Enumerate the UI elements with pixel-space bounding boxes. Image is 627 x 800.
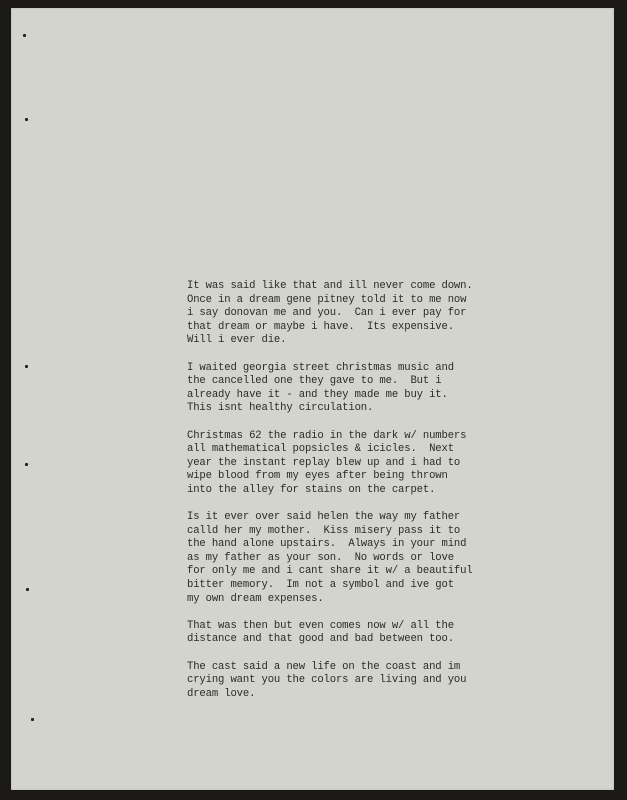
- stanza-6: The cast said a new life on the coast an…: [187, 661, 487, 702]
- text-line: my own dream expenses.: [187, 593, 487, 607]
- text-line: Christmas 62 the radio in the dark w/ nu…: [187, 430, 487, 444]
- page-mark: [25, 463, 28, 466]
- poem-text: It was said like that and ill never come…: [187, 280, 487, 715]
- stanza-3: Christmas 62 the radio in the dark w/ nu…: [187, 430, 487, 498]
- page-mark: [25, 365, 28, 368]
- text-line: crying want you the colors are living an…: [187, 674, 487, 688]
- stanza-5: That was then but even comes now w/ all …: [187, 620, 487, 647]
- text-line: dream love.: [187, 688, 487, 702]
- page-mark: [26, 588, 29, 591]
- page-mark: [31, 718, 34, 721]
- text-line: that dream or maybe i have. Its expensiv…: [187, 321, 487, 335]
- page-mark: [25, 118, 28, 121]
- text-line: calld her my mother. Kiss misery pass it…: [187, 525, 487, 539]
- text-line: I waited georgia street christmas music …: [187, 362, 487, 376]
- stanza-1: It was said like that and ill never come…: [187, 280, 487, 348]
- text-line: distance and that good and bad between t…: [187, 633, 487, 647]
- text-line: The cast said a new life on the coast an…: [187, 661, 487, 675]
- text-line: into the alley for stains on the carpet.: [187, 484, 487, 498]
- stanza-2: I waited georgia street christmas music …: [187, 362, 487, 416]
- typewritten-page: It was said like that and ill never come…: [11, 8, 614, 790]
- stanza-4: Is it ever over said helen the way my fa…: [187, 511, 487, 606]
- text-line: the cancelled one they gave to me. But i: [187, 375, 487, 389]
- text-line: This isnt healthy circulation.: [187, 402, 487, 416]
- text-line: That was then but even comes now w/ all …: [187, 620, 487, 634]
- text-line: all mathematical popsicles & icicles. Ne…: [187, 443, 487, 457]
- text-line: bitter memory. Im not a symbol and ive g…: [187, 579, 487, 593]
- page-mark: [23, 34, 26, 37]
- text-line: Is it ever over said helen the way my fa…: [187, 511, 487, 525]
- text-line: wipe blood from my eyes after being thro…: [187, 470, 487, 484]
- text-line: Will i ever die.: [187, 334, 487, 348]
- text-line: already have it - and they made me buy i…: [187, 389, 487, 403]
- text-line: the hand alone upstairs. Always in your …: [187, 538, 487, 552]
- text-line: as my father as your son. No words or lo…: [187, 552, 487, 566]
- text-line: i say donovan me and you. Can i ever pay…: [187, 307, 487, 321]
- text-line: for only me and i cant share it w/ a bea…: [187, 565, 487, 579]
- text-line: It was said like that and ill never come…: [187, 280, 487, 294]
- text-line: year the instant replay blew up and i ha…: [187, 457, 487, 471]
- text-line: Once in a dream gene pitney told it to m…: [187, 294, 487, 308]
